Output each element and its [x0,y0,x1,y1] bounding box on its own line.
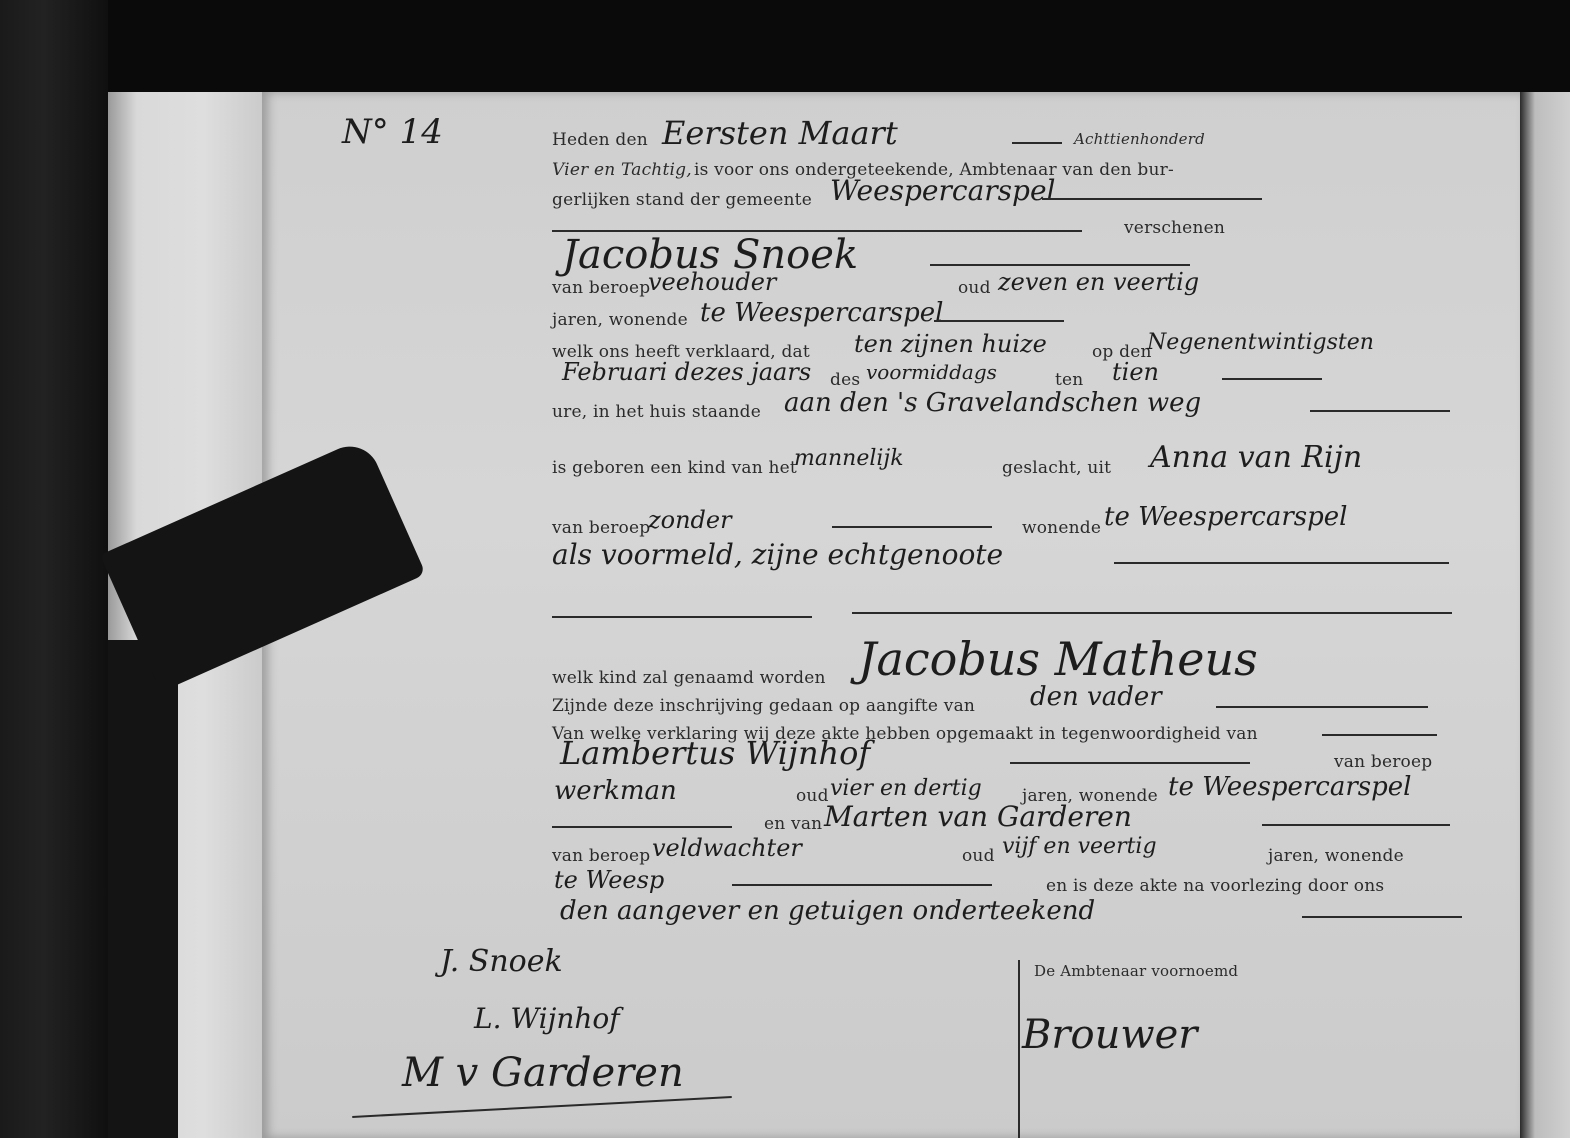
hw-mother: Anna van Rijn [1150,440,1362,475]
hw-birth-day: Negenentwintigsten [1147,330,1374,355]
hw-occupation: veehouder [648,268,776,296]
hw-birth-month: Februari dezes jaars [562,358,811,386]
hw-witness1-age: vier en dertig [830,776,982,801]
rule [852,612,1452,614]
printed-vier-en-tachtig: Vier en Tachtig, [552,160,692,180]
rule [1012,142,1062,144]
hw-witness1: Lambertus Wijnhof [560,734,870,772]
hw-mother-residence: te Weespercarspel [1104,502,1347,532]
hw-witness2-age: vijf en veertig [1002,834,1157,859]
signature-witness2: M v Garderen [402,1050,684,1096]
rule [930,264,1190,266]
scan-top-border [0,0,1570,92]
printed-welk-kind: welk kind zal genaamd worden [552,668,826,688]
signature-witness1: L. Wijnhof [474,1002,620,1035]
hw-witness1-occupation: werkman [554,776,677,806]
printed-jaren-wonende-3: jaren, wonende [1268,846,1404,866]
printed-van-beroep-3: van beroep [1334,752,1432,772]
rule [732,884,992,886]
signature-declarant: J. Snoek [440,944,563,979]
printed-van-beroep-2: van beroep [552,518,650,538]
rule [934,320,1064,322]
printed-wonende: wonende [1022,518,1101,538]
printed-heden-den: Heden den [552,130,648,150]
hw-date: Eersten Maart [662,114,898,152]
printed-gemeente: gerlijken stand der gemeente [552,190,812,210]
book-spine-shadow [0,0,108,1138]
hw-witness2-occupation: veldwachter [652,834,802,862]
signature-flourish [352,1096,732,1118]
rule [1042,198,1262,200]
printed-van-beroep: van beroep [552,278,650,298]
hw-closing: den aangever en getuigen onderteekend [560,896,1095,926]
right-page-edge [1520,92,1570,1138]
hw-time-of-day: voormiddags [866,360,997,384]
printed-is-geboren: is geboren een kind van het [552,458,797,478]
printed-jaren-wonende: jaren, wonende [552,310,688,330]
signature-divider [1018,960,1020,1138]
hw-child-name: Jacobus Matheus [858,632,1258,686]
rule [1216,706,1428,708]
rule [552,826,732,828]
hw-residence: te Weespercarspel [700,298,943,328]
hw-mother-occupation: zonder [648,506,732,534]
rule [1010,762,1250,764]
rule [1262,824,1450,826]
printed-ten: ten [1055,370,1083,390]
printed-oud: oud [958,278,991,298]
printed-en-is-deze: en is deze akte na voorlezing door ons [1046,876,1384,896]
rule [832,526,992,528]
hw-witness1-residence: te Weespercarspel [1168,772,1411,802]
rule [1322,734,1437,736]
rule [1310,410,1450,412]
rule [1114,562,1449,564]
hw-mother-note: als voormeld, zijne echtgenoote [552,538,1003,571]
rule [1302,916,1462,918]
hw-sex: mannelijk [794,446,904,471]
hw-location: ten zijnen huize [854,330,1047,358]
hw-gemeente: Weespercarspel [830,174,1055,207]
printed-ure-huis: ure, in het huis staande [552,402,761,422]
printed-en-van: en van [764,814,822,834]
hw-witness2: Marten van Garderen [824,800,1132,833]
printed-zijnde: Zijnde deze inschrijving gedaan op aangi… [552,696,975,716]
hw-informant: den vader [1030,682,1162,712]
rule [1222,378,1322,380]
printed-ambtenaar: De Ambtenaar voornoemd [1034,962,1238,980]
printed-des: des [830,370,860,390]
hw-witness2-residence: te Weesp [554,866,664,894]
printed-achttienhonderd: Achttienhonderd [1074,130,1205,148]
printed-oud-3: oud [962,846,995,866]
hw-age: zeven en veertig [998,268,1199,296]
hw-hour: tien [1112,358,1159,386]
rule [552,616,812,618]
printed-verschenen: verschenen [1124,218,1225,238]
bookmark-strip [108,640,178,1138]
hw-address: aan den 's Gravelandschen weg [784,388,1201,418]
printed-van-beroep-4: van beroep [552,846,650,866]
printed-geslacht-uit: geslacht, uit [1002,458,1111,478]
register-page: N° 14 Heden den Eersten Maart Achttienho… [262,92,1520,1138]
record-number: N° 14 [342,112,443,152]
signature-official: Brouwer [1022,1012,1197,1058]
